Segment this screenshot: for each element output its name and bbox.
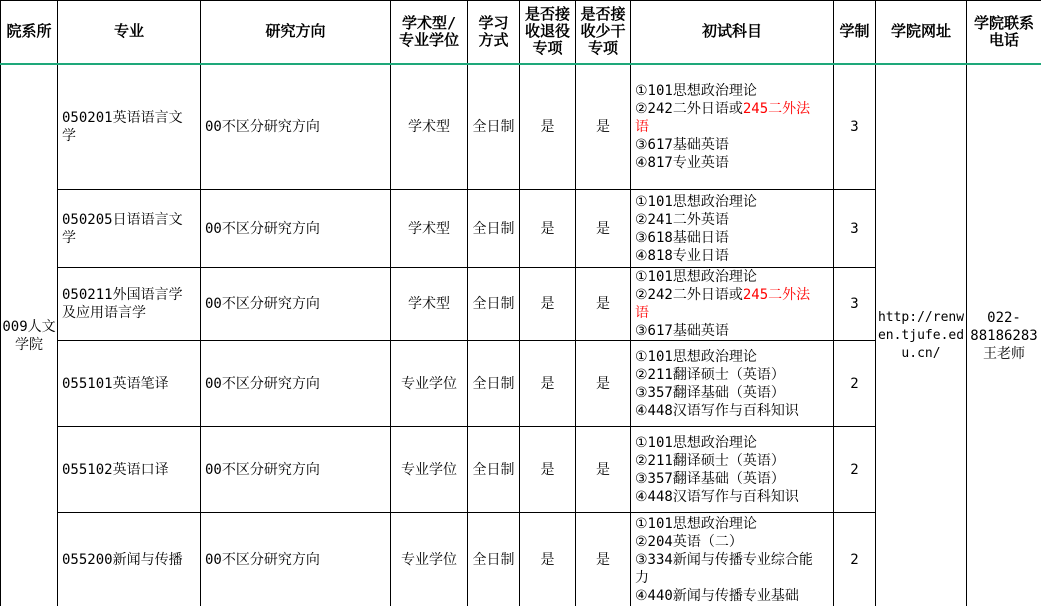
major-cell: 050205日语语言文学: [58, 190, 201, 268]
subject-text: ③357翻译基础（英语）: [635, 385, 785, 401]
exam-subjects-cell: ①101思想政治理论②242二外日语或245二外法语③617基础英语④817专业…: [631, 64, 834, 190]
subject-line: ②211翻译硕士（英语）: [635, 452, 823, 470]
research-direction-cell: 00不区分研究方向: [201, 341, 391, 427]
study-mode-cell: 全日制: [468, 341, 520, 427]
accept-minority-cell: 是: [576, 64, 631, 190]
accept-veteran-cell: 是: [520, 341, 576, 427]
subject-line: ②211翻译硕士（英语）: [635, 366, 823, 384]
subject-text: ③334新闻与传播专业综合能力: [635, 552, 813, 586]
col-header-study-mode: 学习 方式: [468, 1, 520, 64]
subject-text: ②211翻译硕士（英语）: [635, 367, 785, 383]
subject-text: ④817专业英语: [635, 155, 729, 171]
duration-cell: 2: [834, 427, 876, 513]
degree-type-cell: 学术型: [391, 190, 468, 268]
major-cell: 050211外国语言学及应用语言学: [58, 268, 201, 341]
subject-line: ①101思想政治理论: [635, 193, 823, 211]
research-direction-cell: 00不区分研究方向: [201, 427, 391, 513]
study-mode-cell: 全日制: [468, 513, 520, 606]
subject-line: ④817专业英语: [635, 154, 823, 172]
major-cell: 055200新闻与传播: [58, 513, 201, 606]
accept-minority-cell: 是: [576, 341, 631, 427]
phone-cell: 022-88186283 王老师: [967, 64, 1041, 606]
phone-number: 022-88186283: [969, 309, 1039, 345]
accept-veteran-cell: 是: [520, 427, 576, 513]
subject-text: ②204英语（二）: [635, 534, 743, 550]
accept-minority-cell: 是: [576, 513, 631, 606]
col-header-department: 院系所: [1, 1, 58, 64]
subject-line: ②242二外日语或245二外法语: [635, 286, 823, 322]
subject-text: ④818专业日语: [635, 248, 729, 264]
header-row: 院系所 专业 研究方向 学术型/ 专业学位 学习 方式 是否接 收退役 专项 是…: [1, 1, 1041, 64]
subject-text: ①101思想政治理论: [635, 83, 757, 99]
subject-line: ③357翻译基础（英语）: [635, 470, 823, 488]
table-row: 009人文学院 050201英语语言文学 00不区分研究方向 学术型 全日制 是…: [1, 64, 1041, 190]
accept-minority-cell: 是: [576, 190, 631, 268]
subject-line: ②241二外英语: [635, 211, 823, 229]
subject-text: ③357翻译基础（英语）: [635, 471, 785, 487]
subject-text: ①101思想政治理论: [635, 194, 757, 210]
degree-type-cell: 学术型: [391, 268, 468, 341]
subject-text: ④448汉语写作与百科知识: [635, 489, 799, 505]
degree-type-cell: 学术型: [391, 64, 468, 190]
accept-veteran-cell: 是: [520, 268, 576, 341]
subject-text: ③617基础英语: [635, 323, 729, 339]
exam-subjects-cell: ①101思想政治理论②211翻译硕士（英语）③357翻译基础（英语）④448汉语…: [631, 427, 834, 513]
col-header-phone: 学院联系 电话: [967, 1, 1041, 64]
subject-line: ②242二外日语或245二外法语: [635, 100, 823, 136]
website-cell: http://renwen.tjufe.edu.cn/: [876, 64, 967, 606]
accept-minority-cell: 是: [576, 427, 631, 513]
study-mode-cell: 全日制: [468, 64, 520, 190]
accept-veteran-cell: 是: [520, 64, 576, 190]
major-cell: 055101英语笔译: [58, 341, 201, 427]
subject-text: ②242二外日语或: [635, 101, 743, 117]
exam-subjects-cell: ①101思想政治理论②242二外日语或245二外法语③617基础英语: [631, 268, 834, 341]
study-mode-cell: 全日制: [468, 190, 520, 268]
accept-veteran-cell: 是: [520, 190, 576, 268]
col-header-research-direction: 研究方向: [201, 1, 391, 64]
subject-line: ①101思想政治理论: [635, 515, 823, 533]
research-direction-cell: 00不区分研究方向: [201, 268, 391, 341]
col-header-duration: 学制: [834, 1, 876, 64]
duration-cell: 3: [834, 190, 876, 268]
subject-line: ④448汉语写作与百科知识: [635, 488, 823, 506]
subject-line: ③618基础日语: [635, 229, 823, 247]
subject-line: ①101思想政治理论: [635, 348, 823, 366]
accept-veteran-cell: 是: [520, 513, 576, 606]
col-header-accept-veteran: 是否接 收退役 专项: [520, 1, 576, 64]
duration-cell: 3: [834, 64, 876, 190]
subject-text: ④448汉语写作与百科知识: [635, 403, 799, 419]
subject-text: ①101思想政治理论: [635, 516, 757, 532]
subject-text: ①101思想政治理论: [635, 349, 757, 365]
research-direction-cell: 00不区分研究方向: [201, 64, 391, 190]
subject-text: ③618基础日语: [635, 230, 729, 246]
subject-line: ③334新闻与传播专业综合能力: [635, 551, 823, 587]
col-header-accept-minority: 是否接 收少干 专项: [576, 1, 631, 64]
subject-line: ①101思想政治理论: [635, 82, 823, 100]
study-mode-cell: 全日制: [468, 268, 520, 341]
subject-line: ④440新闻与传播专业基础: [635, 587, 823, 605]
study-mode-cell: 全日制: [468, 427, 520, 513]
col-header-major: 专业: [58, 1, 201, 64]
major-cell: 055102英语口译: [58, 427, 201, 513]
subject-text: ①101思想政治理论: [635, 269, 757, 285]
subject-text: ②211翻译硕士（英语）: [635, 453, 785, 469]
department-cell: 009人文学院: [1, 64, 58, 606]
subject-line: ④448汉语写作与百科知识: [635, 402, 823, 420]
major-cell: 050201英语语言文学: [58, 64, 201, 190]
subject-text: ②241二外英语: [635, 212, 729, 228]
subject-line: ①101思想政治理论: [635, 434, 823, 452]
degree-type-cell: 专业学位: [391, 427, 468, 513]
research-direction-cell: 00不区分研究方向: [201, 513, 391, 606]
exam-subjects-cell: ①101思想政治理论②211翻译硕士（英语）③357翻译基础（英语）④448汉语…: [631, 341, 834, 427]
degree-type-cell: 专业学位: [391, 341, 468, 427]
duration-cell: 2: [834, 341, 876, 427]
subject-line: ③617基础英语: [635, 136, 823, 154]
admissions-table: 院系所 专业 研究方向 学术型/ 专业学位 学习 方式 是否接 收退役 专项 是…: [0, 0, 1041, 606]
exam-subjects-cell: ①101思想政治理论②204英语（二）③334新闻与传播专业综合能力④440新闻…: [631, 513, 834, 606]
subject-text: ②242二外日语或: [635, 287, 743, 303]
subject-line: ②204英语（二）: [635, 533, 823, 551]
degree-type-cell: 专业学位: [391, 513, 468, 606]
contact-name: 王老师: [969, 345, 1039, 363]
col-header-website: 学院网址: [876, 1, 967, 64]
exam-subjects-cell: ①101思想政治理论②241二外英语③618基础日语④818专业日语: [631, 190, 834, 268]
subject-line: ①101思想政治理论: [635, 268, 823, 286]
col-header-exam-subjects: 初试科目: [631, 1, 834, 64]
subject-line: ④818专业日语: [635, 247, 823, 265]
subject-line: ③357翻译基础（英语）: [635, 384, 823, 402]
subject-text: ④440新闻与传播专业基础: [635, 588, 799, 604]
research-direction-cell: 00不区分研究方向: [201, 190, 391, 268]
subject-text: ①101思想政治理论: [635, 435, 757, 451]
subject-text: ③617基础英语: [635, 137, 729, 153]
accept-minority-cell: 是: [576, 268, 631, 341]
duration-cell: 3: [834, 268, 876, 341]
duration-cell: 2: [834, 513, 876, 606]
subject-line: ③617基础英语: [635, 322, 823, 340]
col-header-degree-type: 学术型/ 专业学位: [391, 1, 468, 64]
